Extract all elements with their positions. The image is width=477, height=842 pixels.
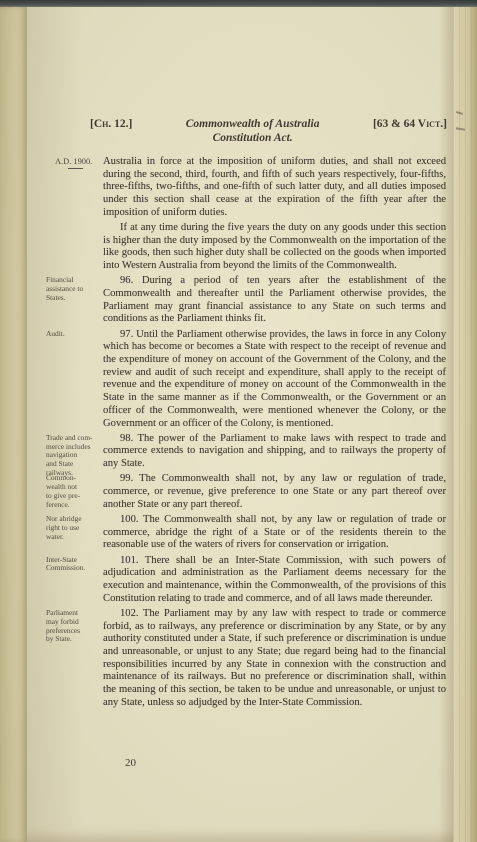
paragraph-text: If at any time during the five years the… <box>103 222 446 271</box>
margin-note: Common- wealth not to give pre- ference. <box>46 474 97 509</box>
gutter-shadow <box>27 7 82 842</box>
document-title-line1: Commonwealth of Australia <box>186 118 320 130</box>
chapter-reference: [Ch. 12.] <box>90 118 132 130</box>
paragraph-text: 98. The power of the Parliament to make … <box>103 433 446 469</box>
page-gutter-band <box>0 7 27 842</box>
body-paragraph: If at any time during the five years the… <box>103 222 446 273</box>
book-fore-edge-pages <box>453 7 477 842</box>
date-margin-note-rule <box>68 168 83 169</box>
body-paragraph: Trade and com- merce includes navigation… <box>103 433 446 471</box>
margin-note: Trade and com- merce includes navigation… <box>46 434 97 478</box>
book-page-scan: [Ch. 12.] Commonwealth of Australia Cons… <box>0 0 477 842</box>
body-paragraph: Parliament may forbid preferences by Sta… <box>103 608 446 710</box>
body-text-column: Australia in force at the imposition of … <box>103 156 446 712</box>
paragraph-text: 97. Until the Parliament otherwise provi… <box>103 329 446 429</box>
regnal-year-reference: [63 & 64 Vict.] <box>373 118 447 130</box>
paragraph-text: 96. During a period of ten years after t… <box>103 275 446 324</box>
paragraph-text: 101. There shall be an Inter-State Commi… <box>103 555 446 604</box>
scan-top-edge <box>0 0 477 7</box>
body-paragraph: Audit. 97. Until the Parliament otherwis… <box>103 329 446 431</box>
body-paragraph: Australia in force at the imposition of … <box>103 156 446 220</box>
body-paragraph: Common- wealth not to give pre- ference.… <box>103 473 446 511</box>
body-paragraph: Nor abridge right to use water. 100. The… <box>103 514 446 552</box>
margin-note: Financial assistance to States. <box>46 276 97 302</box>
paragraph-text: 100. The Commonwealth shall not, by any … <box>103 514 446 550</box>
margin-note: Inter-State Commission. <box>46 556 97 574</box>
margin-note: Parliament may forbid preferences by Sta… <box>46 609 97 644</box>
margin-note: Audit. <box>46 330 97 339</box>
margin-note: Nor abridge right to use water. <box>46 515 97 541</box>
paragraph-text: 99. The Commonwealth shall not, by any l… <box>103 473 446 509</box>
paragraph-text: 102. The Parliament may by any law with … <box>103 608 446 708</box>
page-header: [Ch. 12.] Commonwealth of Australia Cons… <box>90 118 447 145</box>
document-title: Commonwealth of Australia Constitution A… <box>132 118 373 145</box>
document-title-line2: Constitution Act. <box>213 132 293 144</box>
page-number: 20 <box>125 757 136 769</box>
body-paragraph: Inter-State Commission. 101. There shall… <box>103 555 446 606</box>
date-margin-note-text: A.D. 1900. <box>55 157 92 166</box>
body-paragraph: Financial assistance to States. 96. Duri… <box>103 275 446 326</box>
paragraph-text: Australia in force at the imposition of … <box>103 156 446 218</box>
date-margin-note: A.D. 1900. <box>55 157 103 169</box>
